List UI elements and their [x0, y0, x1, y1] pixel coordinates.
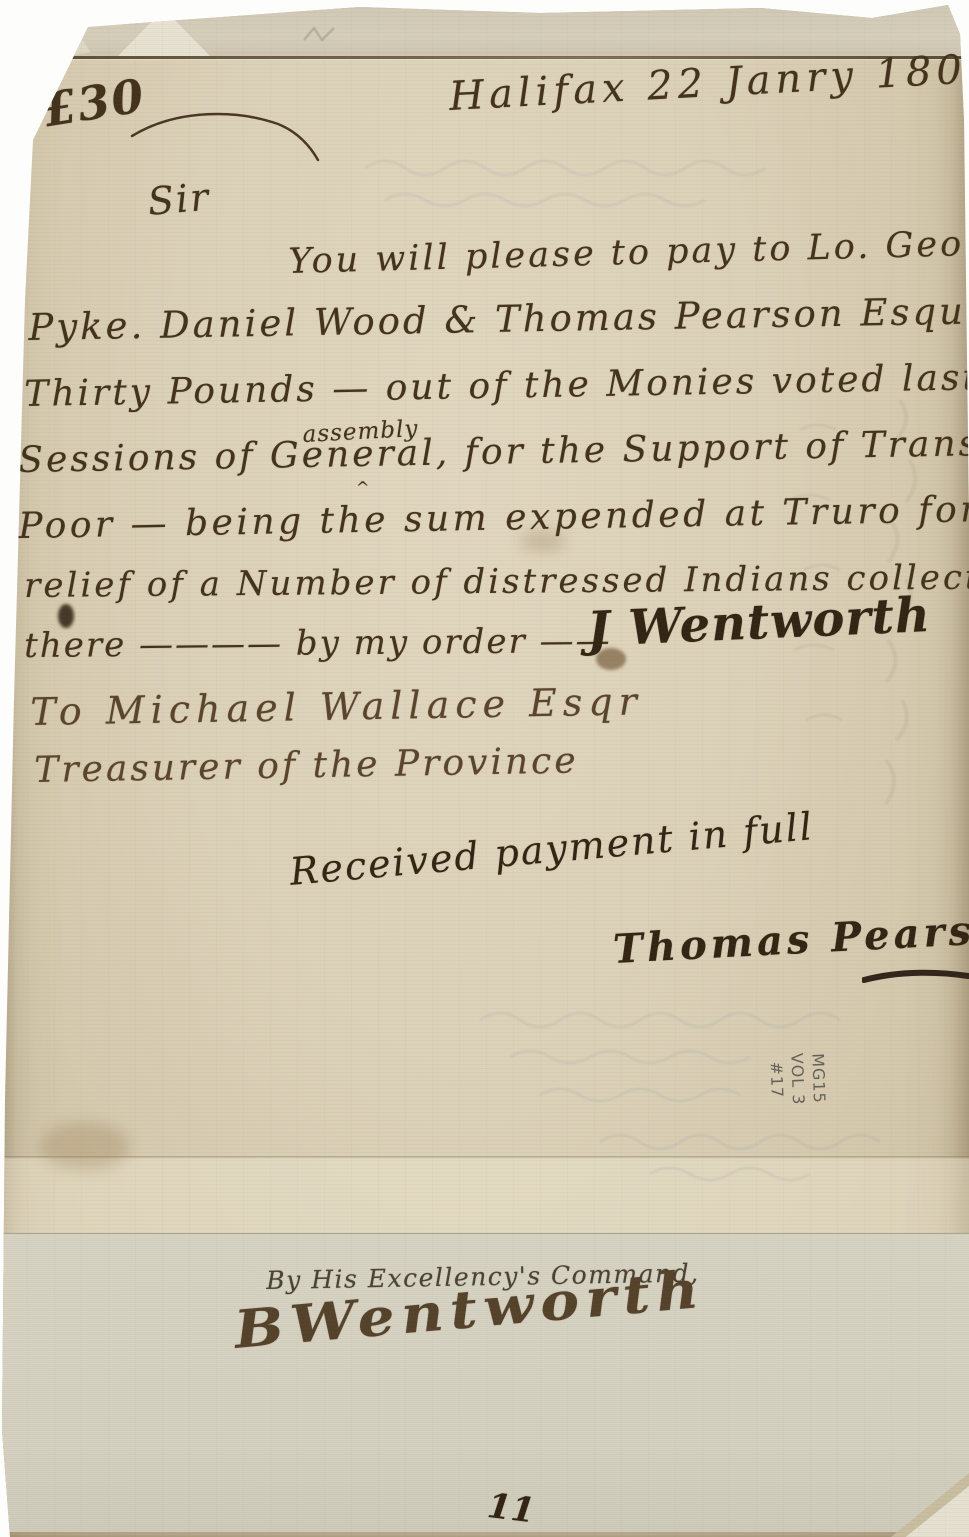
archive-line: MG15 — [805, 1023, 830, 1134]
pearson-signature: Thomas Pearson — [612, 904, 969, 973]
bleed-through-ghost-text — [590, 1122, 930, 1192]
paper-stain — [40, 1122, 130, 1170]
body-line: Pyke. Daniel Wood & Thomas Pearson Esqui… — [28, 288, 969, 349]
body-line: You will please to pay to Lo. George — [288, 223, 969, 282]
addressee-line: Treasurer of the Province — [34, 741, 579, 791]
paper-sheet: £30 Halifax 22 Janry 1800 Sir You will p… — [0, 0, 969, 1537]
scanned-manuscript: £30 Halifax 22 Janry 1800 Sir You will p… — [0, 0, 969, 1537]
ink-blot — [58, 604, 74, 628]
insertion-caret: ^ — [356, 478, 369, 497]
bleed-through-ghost-text — [470, 995, 910, 1125]
amount-flourish — [128, 96, 328, 166]
pencil-mark — [300, 24, 340, 46]
addressee-line: To Michael Wallace Esqr — [30, 679, 643, 734]
archive-line: #17 — [764, 1025, 789, 1136]
fold-crease-triangle — [118, 9, 210, 56]
amount-annotation: £30 — [40, 68, 149, 137]
bleed-through-ghost-text — [360, 148, 840, 218]
page-number: 11 — [485, 1486, 537, 1531]
archive-line: VOL 3 — [785, 1024, 810, 1135]
salutation: Sir — [146, 175, 212, 224]
signature-underline-flourish — [862, 966, 969, 990]
receipt-statement: Received payment in full — [288, 804, 816, 894]
body-line: there ———— by my order —— — [24, 621, 612, 666]
archive-reference-mark: MG15 VOL 3 #17 — [764, 1023, 830, 1135]
fold-crease-triangle — [37, 13, 90, 59]
